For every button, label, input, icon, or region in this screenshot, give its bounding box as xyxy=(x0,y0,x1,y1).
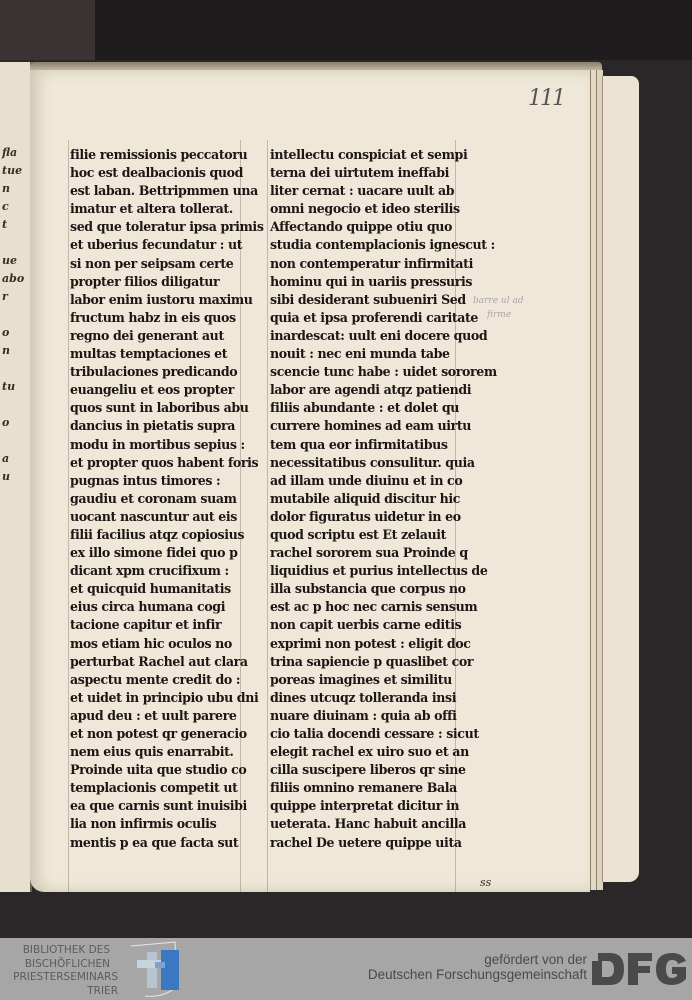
manuscript-line: cilla suscipere liberos qr sine xyxy=(270,761,497,779)
dfg-logo-icon xyxy=(592,951,688,987)
left-page-fragment: fla xyxy=(2,146,17,159)
ruling-line xyxy=(267,140,268,892)
manuscript-line: quippe interpretat dicitur in xyxy=(270,797,497,815)
left-page-fragment: n xyxy=(2,344,10,357)
manuscript-line: nouit : nec eni munda tabe xyxy=(270,345,497,363)
manuscript-line: non capit uerbis carne editis xyxy=(270,616,497,634)
manuscript-line: Proinde uita que studio co xyxy=(70,761,264,779)
manuscript-line: mos etiam hic oculos no xyxy=(70,635,264,653)
manuscript-line: multas temptaciones et xyxy=(70,345,264,363)
manuscript-line: labor enim iustoru maximu xyxy=(70,291,264,309)
left-page-fragment: c xyxy=(2,200,9,213)
manuscript-line: filie remissionis peccatoru xyxy=(70,146,264,164)
catchword: ss xyxy=(480,876,491,889)
manuscript-line: rachel De uetere quippe uita xyxy=(270,834,497,852)
manuscript-line: templacionis competit ut xyxy=(70,779,264,797)
manuscript-line: ueterata. Hanc habuit ancilla xyxy=(270,815,497,833)
text-column-1: filie remissionis peccatoruhoc est dealb… xyxy=(70,146,264,852)
manuscript-line: tem qua eor infirmitatibus xyxy=(270,436,497,454)
left-page-fragment: n xyxy=(2,182,10,195)
manuscript-line: quos sunt in laboribus abu xyxy=(70,399,264,417)
left-page-fragment: o xyxy=(2,416,9,429)
manuscript-line: quia et ipsa proferendi caritate xyxy=(270,309,497,327)
footer-banner: BIBLIOTHEK DES BISCHÖFLICHEN PRIESTERSEM… xyxy=(0,938,692,1000)
manuscript-line: illa substancia que corpus no xyxy=(270,580,497,598)
manuscript-line: et quicquid humanitatis xyxy=(70,580,264,598)
manuscript-line: dancius in pietatis supra xyxy=(70,417,264,435)
manuscript-line: poreas imagines et similitu xyxy=(270,671,497,689)
manuscript-line: trina sapiencie p quaslibet cor xyxy=(270,653,497,671)
manuscript-line: liter cernat : uacare uult ab xyxy=(270,182,497,200)
library-name-line: BISCHÖFLICHEN xyxy=(10,958,110,972)
text-column-2: intellectu conspiciat et sempiterna dei … xyxy=(270,146,497,852)
left-page-fragment: tue xyxy=(2,164,22,177)
manuscript-line: terna dei uirtutem ineffabi xyxy=(270,164,497,182)
manuscript-scan: flatuenctueaborontuoau 111 filie remissi… xyxy=(0,0,692,938)
manuscript-line: cio talia docendi cessare : sicut xyxy=(270,725,497,743)
ruling-line xyxy=(68,140,69,892)
left-page-fragment: t xyxy=(2,218,7,231)
manuscript-line: labor are agendi atqz patiendi xyxy=(270,381,497,399)
manuscript-line: uocant nascuntur aut eis xyxy=(70,508,264,526)
manuscript-line: fructum habz in eis quos xyxy=(70,309,264,327)
manuscript-line: ex illo simone fidei quo p xyxy=(70,544,264,562)
manuscript-line: hoc est dealbacionis quod xyxy=(70,164,264,182)
manuscript-line: dolor figuratus uidetur in eo xyxy=(270,508,497,526)
margin-note-line: barre ul ad xyxy=(473,296,524,306)
manuscript-line: et non potest qr generacio xyxy=(70,725,264,743)
manuscript-line: apud deu : et uult parere xyxy=(70,707,264,725)
manuscript-line: sibi desiderant subueniri Sed xyxy=(270,291,497,309)
manuscript-line: tacione capitur et infir xyxy=(70,616,264,634)
manuscript-line: intellectu conspiciat et sempi xyxy=(270,146,497,164)
manuscript-line: et uberius fecundatur : ut xyxy=(70,236,264,254)
background-top xyxy=(0,0,692,60)
manuscript-line: dines utcuqz tolleranda insi xyxy=(270,689,497,707)
library-name-line: PRIESTERSEMINARS TRIER xyxy=(10,971,118,998)
left-page-fragment: a xyxy=(2,452,9,465)
left-page-fragment: ue xyxy=(2,254,17,267)
manuscript-line: et uidet in principio ubu dni xyxy=(70,689,264,707)
funding-line-2: Deutschen Forschungsgemeinschaft xyxy=(355,967,587,982)
manuscript-line: euangeliu et eos propter xyxy=(70,381,264,399)
library-shield-logo-icon xyxy=(125,940,191,998)
manuscript-line: rachel sororem sua Proinde q xyxy=(270,544,497,562)
manuscript-line: pugnas intus timores : xyxy=(70,472,264,490)
manuscript-line: filiis omnino remanere Bala xyxy=(270,779,497,797)
left-page-edge: flatuenctueaborontuoau xyxy=(0,62,32,892)
manuscript-line: modu in mortibus sepius : xyxy=(70,436,264,454)
margin-note: barre ul ad firme xyxy=(473,294,524,322)
manuscript-line: ad illam unde diuinu et in co xyxy=(270,472,497,490)
manuscript-line: sed que toleratur ipsa primis xyxy=(70,218,264,236)
manuscript-line: Affectando quippe otiu quo xyxy=(270,218,497,236)
folio-number: 111 xyxy=(528,86,564,111)
manuscript-line: omni negocio et ideo sterilis xyxy=(270,200,497,218)
manuscript-line: non contemperatur infirmitati xyxy=(270,255,497,273)
manuscript-line: hominu qui in uariis pressuris xyxy=(270,273,497,291)
manuscript-line: est laban. Bettripmmen una xyxy=(70,182,264,200)
manuscript-line: gaudiu et coronam suam xyxy=(70,490,264,508)
binding-leather xyxy=(0,0,95,60)
manuscript-line: si non per seipsam certe xyxy=(70,255,264,273)
library-name-line: BIBLIOTHEK DES xyxy=(10,944,110,958)
manuscript-line: est ac p hoc nec carnis sensum xyxy=(270,598,497,616)
page-stack-edge xyxy=(602,76,639,882)
manuscript-line: ea que carnis sunt inuisibi xyxy=(70,797,264,815)
left-page-fragment: tu xyxy=(2,380,15,393)
manuscript-line: filii facilius atqz copiosius xyxy=(70,526,264,544)
manuscript-line: regno dei generant aut xyxy=(70,327,264,345)
funding-notice: gefördert von der Deutschen Forschungsge… xyxy=(355,952,587,982)
manuscript-line: mentis p ea que facta sut xyxy=(70,834,264,852)
left-page-fragment: abo xyxy=(2,272,24,285)
manuscript-line: liquidius et purius intellectus de xyxy=(270,562,497,580)
manuscript-line: perturbat Rachel aut clara xyxy=(70,653,264,671)
left-page-fragment: o xyxy=(2,326,9,339)
manuscript-line: currere homines ad eam uirtu xyxy=(270,417,497,435)
funding-line-1: gefördert von der xyxy=(355,952,587,967)
manuscript-line: propter filios diligatur xyxy=(70,273,264,291)
manuscript-line: nem eius quis enarrabit. xyxy=(70,743,264,761)
left-page-fragment: u xyxy=(2,470,10,483)
manuscript-line: scencie tunc habe : uidet sororem xyxy=(270,363,497,381)
manuscript-line: mutabile aliquid discitur hic xyxy=(270,490,497,508)
manuscript-line: necessitatibus consulitur. quia xyxy=(270,454,497,472)
manuscript-line: aspectu mente credit do : xyxy=(70,671,264,689)
manuscript-line: quod scriptu est Et zelauit xyxy=(270,526,497,544)
manuscript-line: studia contemplacionis ignescut : xyxy=(270,236,497,254)
library-name: BIBLIOTHEK DES BISCHÖFLICHEN PRIESTERSEM… xyxy=(10,944,110,998)
manuscript-line: inardescat: uult eni docere quod xyxy=(270,327,497,345)
manuscript-line: tribulaciones predicando xyxy=(70,363,264,381)
margin-note-line: firme xyxy=(487,310,511,320)
left-page-fragment: r xyxy=(2,290,8,303)
manuscript-line: imatur et altera tollerat. xyxy=(70,200,264,218)
manuscript-line: elegit rachel ex uiro suo et an xyxy=(270,743,497,761)
manuscript-line: et propter quos habent foris xyxy=(70,454,264,472)
manuscript-line: eius circa humana cogi xyxy=(70,598,264,616)
manuscript-line: filiis abundante : et dolet qu xyxy=(270,399,497,417)
manuscript-line: exprimi non potest : eligit doc xyxy=(270,635,497,653)
manuscript-line: lia non infirmis oculis xyxy=(70,815,264,833)
manuscript-line: dicant xpm crucifixum : xyxy=(70,562,264,580)
manuscript-line: nuare diuinam : quia ab offi xyxy=(270,707,497,725)
